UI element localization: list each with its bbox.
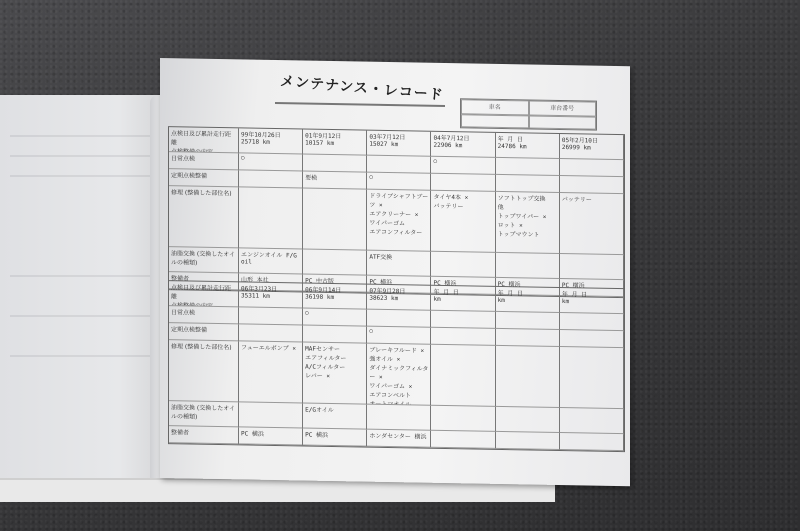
record-cell [367, 405, 431, 431]
row-label: 点検日及び累計走行距離 点検整備の内容 [169, 127, 239, 153]
left-page [0, 95, 170, 480]
owner-label-vin: 車台番号 [529, 100, 597, 116]
row-label: 日常点検 [169, 306, 239, 324]
record-cell [560, 347, 624, 409]
record-cell [560, 433, 624, 451]
row-label: 定期点検整備 [169, 323, 239, 341]
record-cell: E/Gオイル [303, 403, 367, 429]
record-cell: 05年2月10日 26999 km [560, 134, 624, 160]
record-cell [560, 159, 624, 177]
record-table-bottom: 点検日及び累計走行距離 点検整備の内容06年3月23日 35311 km06年9… [168, 280, 625, 452]
record-table-top: 点検日及び累計走行距離 点検整備の内容99年10月26日 25718 km01年… [168, 126, 625, 298]
record-cell [560, 330, 624, 348]
record-cell: タイヤ4本 × バッテリー [431, 191, 495, 253]
record-cell: 06年3月23日 35311 km [239, 282, 303, 308]
record-cell: ○ [367, 327, 431, 345]
row-label: 油脂交換 (交換したオイルの種類) [169, 247, 239, 273]
row-label: 修理 (整備した部位名) [169, 186, 239, 248]
title-underline [275, 102, 445, 107]
row-label: 日常点検 [169, 152, 239, 170]
record-cell [496, 329, 560, 347]
record-cell [560, 254, 624, 280]
record-cell [239, 307, 303, 325]
record-cell [431, 328, 495, 346]
record-cell: 04年7月12日 22906 km [431, 132, 495, 158]
record-cell [303, 154, 367, 172]
record-cell: ○ [239, 153, 303, 171]
row-label: 油脂交換 (交換したオイルの種類) [169, 401, 239, 427]
record-cell: ○ [367, 173, 431, 191]
maintenance-record-page: メンテナンス・レコード 車名 車台番号 点検日及び累計走行距離 点検整備の内容9… [160, 58, 630, 486]
record-cell: フューエルポンプ × [239, 341, 303, 403]
record-cell [560, 408, 624, 434]
owner-value-car [461, 114, 529, 128]
record-cell: 01年9月12日 10157 km [303, 129, 367, 155]
record-cell: ドライブシャフトブーツ × エアクリーナー × ワイパーゴム エアコンフィルター [367, 190, 431, 252]
record-cell [367, 156, 431, 174]
row-label: 点検日及び累計走行距離 点検整備の内容 [169, 281, 239, 307]
record-cell: 03年7月12日 15027 km [367, 131, 431, 157]
record-cell: ソフトトップ交換 他 トップワイパー × ロット × トップマウント [496, 192, 560, 254]
owner-value-vin [529, 115, 597, 129]
record-cell: 年 月 日 24786 km [496, 133, 560, 159]
record-cell [431, 406, 495, 432]
record-cell [496, 175, 560, 193]
record-cell: 99年10月26日 25718 km [239, 128, 303, 154]
record-cell: ATF交換 [367, 251, 431, 277]
record-cell [496, 312, 560, 330]
record-cell [239, 402, 303, 428]
record-cell [239, 187, 303, 249]
page-title: メンテナンス・レコード [280, 70, 445, 104]
record-cell [431, 345, 495, 407]
row-label: 定期点検整備 [169, 169, 239, 187]
record-cell [431, 174, 495, 192]
record-cell: PC 横浜 [239, 427, 303, 445]
record-cell [303, 188, 367, 250]
record-cell [303, 325, 367, 343]
record-cell [239, 324, 303, 342]
record-cell [431, 431, 495, 449]
record-cell [367, 310, 431, 328]
record-cell [431, 252, 495, 278]
record-cell: MAFセンサー エアフィルター A/Cフィルター レバー × [303, 342, 367, 404]
record-cell [496, 407, 560, 433]
record-cell [496, 432, 560, 450]
record-cell: PC 横浜 [303, 428, 367, 446]
record-cell [303, 249, 367, 275]
record-cell: エンジンオイル F/G oil [239, 248, 303, 274]
record-cell: 年 月 日 km [431, 286, 495, 312]
record-cell: ブレーキフルード × 強オイル × ダイナミックフィルター × ワイパーゴム ×… [367, 344, 431, 406]
record-cell [560, 176, 624, 194]
record-cell [496, 253, 560, 279]
record-cell [239, 170, 303, 188]
record-cell: バッテリー [560, 193, 624, 255]
record-cell: 要検 [303, 171, 367, 189]
record-cell: 07年9月28日 38623 km [367, 285, 431, 311]
record-cell [496, 158, 560, 176]
owner-label-car: 車名 [461, 99, 529, 115]
owner-info-box: 車名 車台番号 [460, 98, 597, 130]
record-cell: 06年9月14日 36198 km [303, 283, 367, 309]
row-label: 整備者 [169, 426, 239, 444]
record-cell [496, 346, 560, 408]
record-cell: 年 月 日 km [560, 288, 624, 314]
row-label: 修理 (整備した部位名) [169, 340, 239, 402]
record-cell: ○ [303, 308, 367, 326]
record-cell: 年 月 日 km [496, 287, 560, 313]
record-cell [560, 313, 624, 331]
record-cell [431, 311, 495, 329]
record-cell: ホンダセンター 横浜 [367, 430, 431, 448]
record-cell: ○ [431, 157, 495, 175]
